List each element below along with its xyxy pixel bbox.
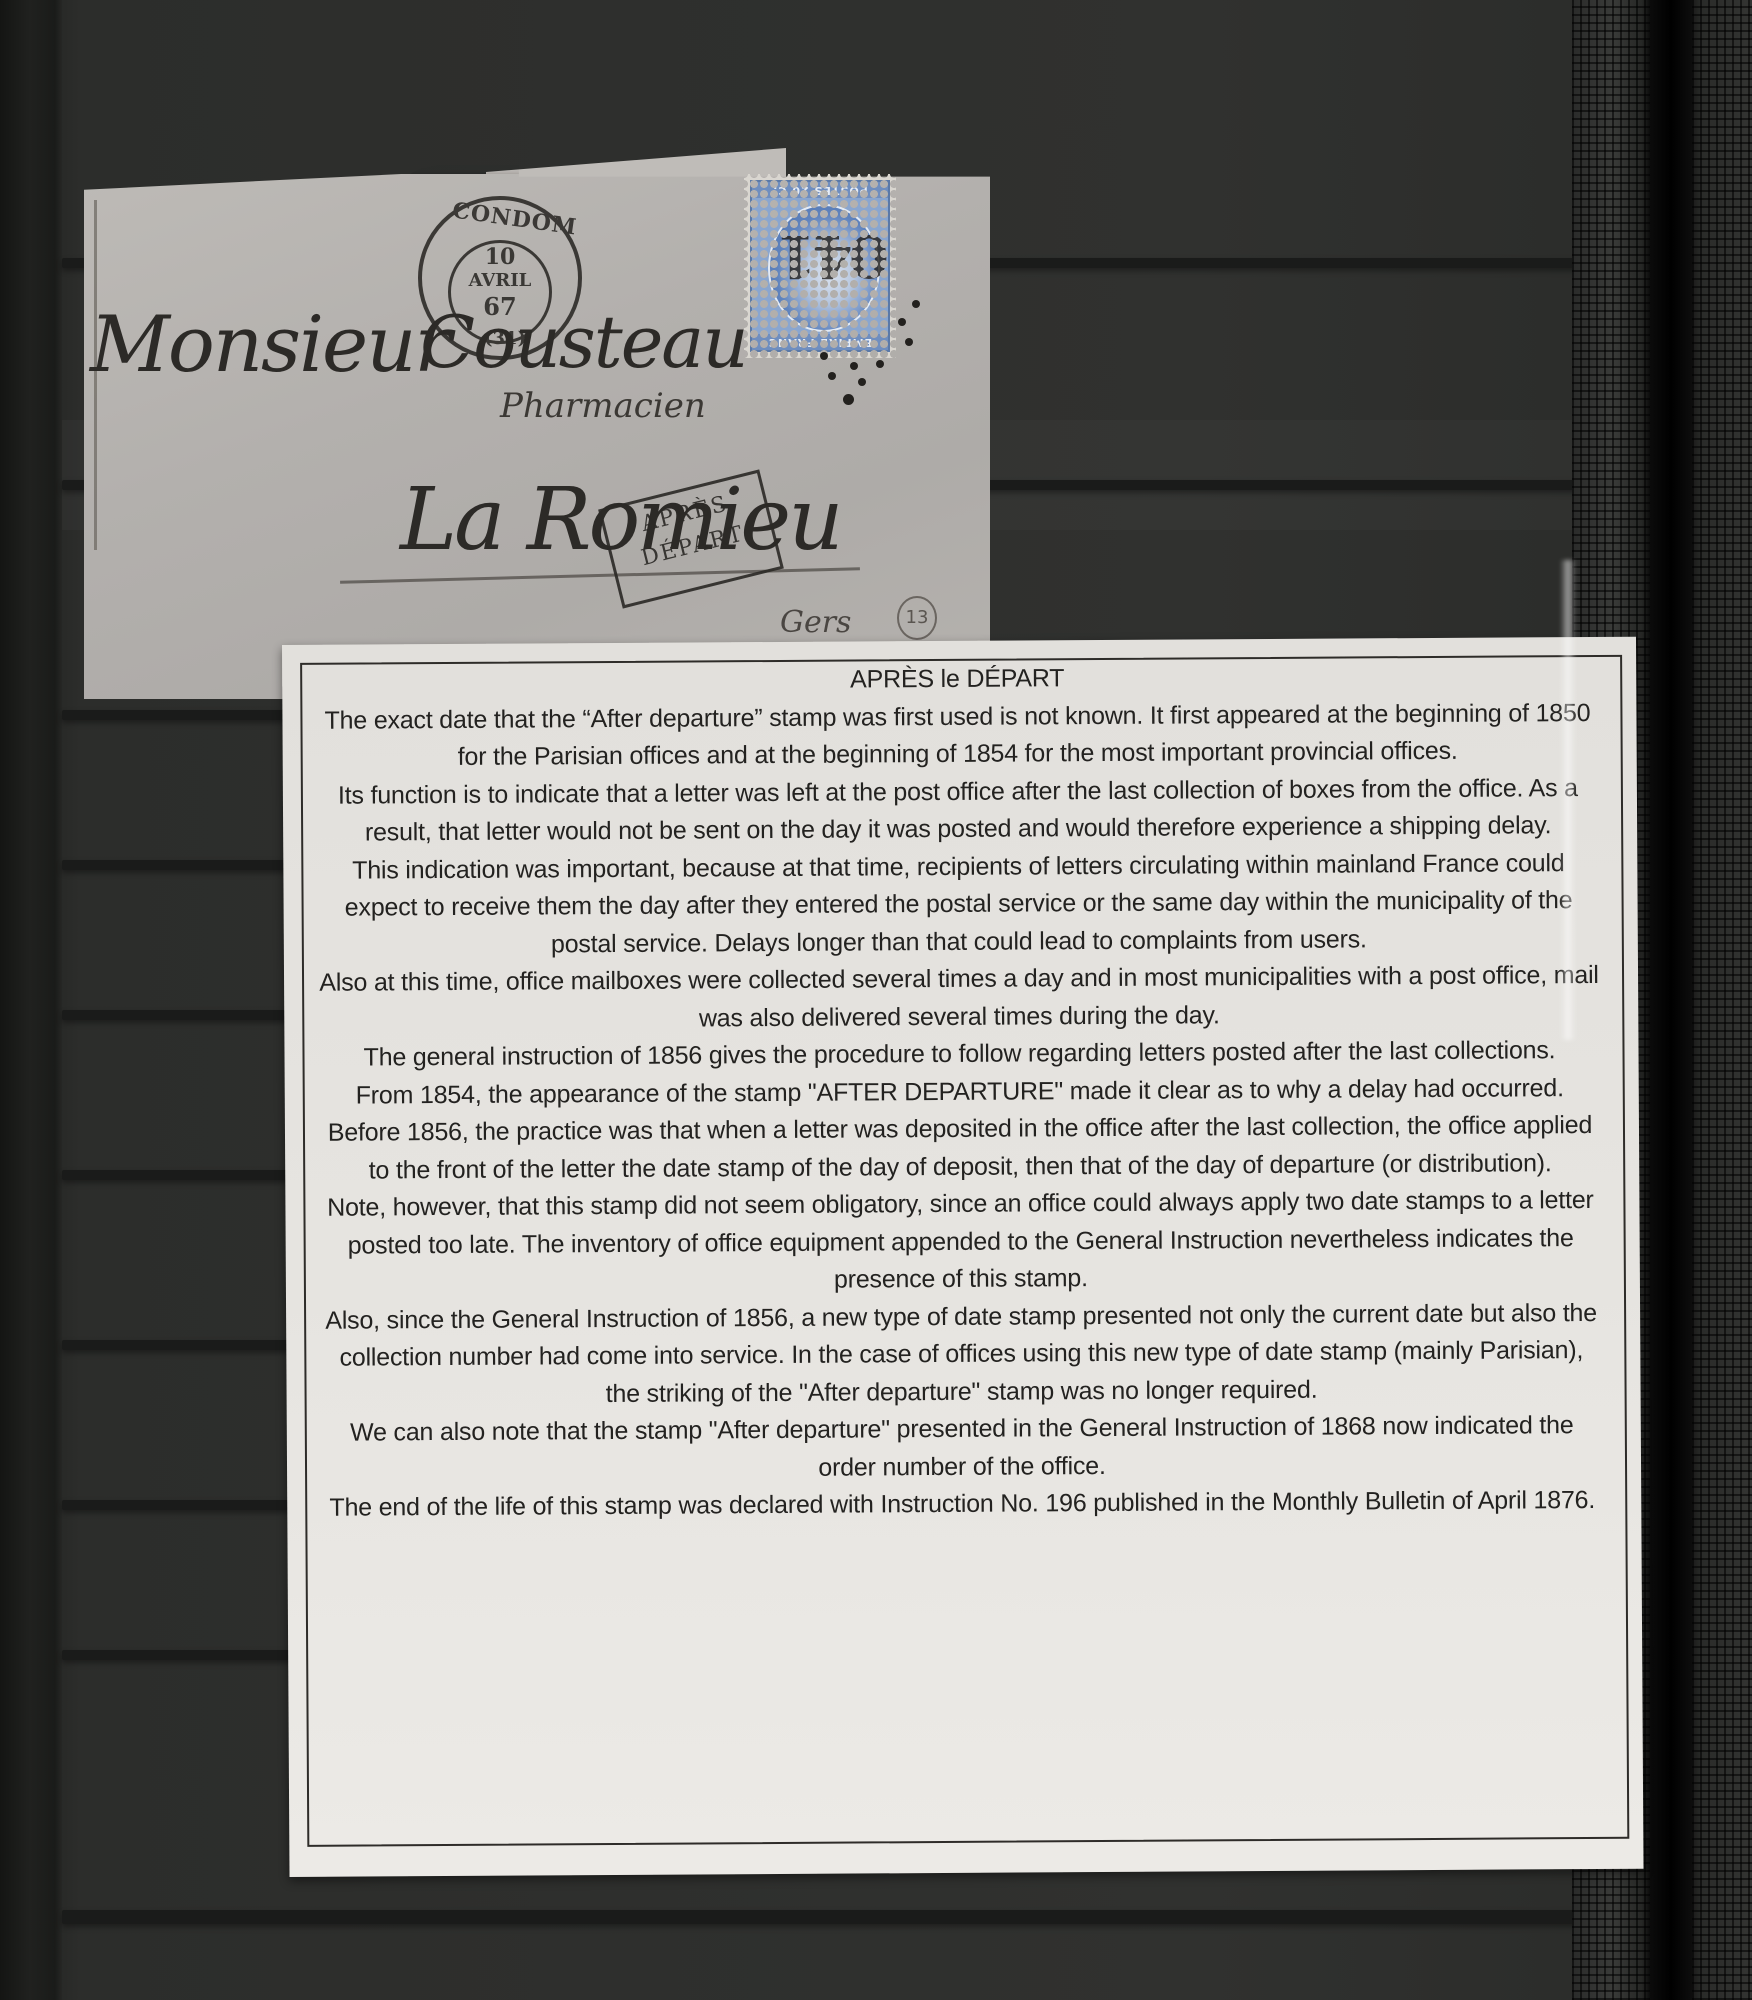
- card-paragraph: The exact date that the “After departure…: [312, 694, 1602, 777]
- cancel-dot: [820, 352, 828, 360]
- postmark-day: 10: [422, 244, 578, 270]
- cancel-dot: [843, 394, 854, 405]
- stamp-bottom-label: EMPIRE FRANC: [752, 334, 888, 350]
- card-paragraph: This indication was important, because a…: [313, 844, 1604, 964]
- cancel-dot: [912, 300, 920, 308]
- album-page: CONDOM 10 AVRIL 67 (31) POSTES 20 C. 104…: [0, 0, 1752, 2000]
- card-paragraph: The end of the life of this stamp was de…: [317, 1482, 1607, 1527]
- numeral-cancel: 1041: [780, 222, 890, 290]
- cancel-dot: [905, 338, 913, 346]
- cancel-dot: [850, 362, 858, 370]
- album-gutter: [1650, 0, 1692, 2000]
- address-salutation: Monsieur: [90, 300, 450, 390]
- card-paragraph: Before 1856, the practice was that when …: [315, 1107, 1605, 1190]
- cancel-dot: [898, 318, 906, 326]
- card-paragraph: Its function is to indicate that a lette…: [313, 769, 1603, 852]
- card-paragraph: Also at this time, office mailboxes were…: [314, 957, 1604, 1040]
- stamp-frame: POSTES 20 C. 1041 EMPIRE FRANC: [750, 180, 890, 352]
- card-text: APRÈS le DÉPART The exact date that the …: [312, 657, 1607, 1527]
- address-department: Gers: [780, 605, 851, 640]
- postmark-month: AVRIL: [422, 270, 578, 291]
- stamp-top-label: POSTES 20 C.: [752, 182, 888, 198]
- cancel-dot: [858, 378, 866, 386]
- card-paragraph: Also, since the General Instruction of 1…: [316, 1294, 1607, 1414]
- card-paragraph: We can also note that the stamp "After d…: [317, 1407, 1607, 1490]
- address-name: Cousteau: [420, 300, 747, 384]
- album-strip-divider: [62, 1910, 1582, 1924]
- info-card: APRÈS le DÉPART The exact date that the …: [282, 637, 1644, 1877]
- cancel-dot: [828, 372, 836, 380]
- cancel-dot: [876, 360, 884, 368]
- sleeve-glare: [1560, 560, 1576, 1040]
- postage-stamp: POSTES 20 C. 1041 EMPIRE FRANC: [744, 174, 896, 358]
- reference-mark: 13: [897, 596, 937, 640]
- address-profession: Pharmacien: [500, 386, 706, 426]
- album-left-edge: [0, 0, 62, 2000]
- card-paragraph: Note, however, that this stamp did not s…: [315, 1182, 1606, 1302]
